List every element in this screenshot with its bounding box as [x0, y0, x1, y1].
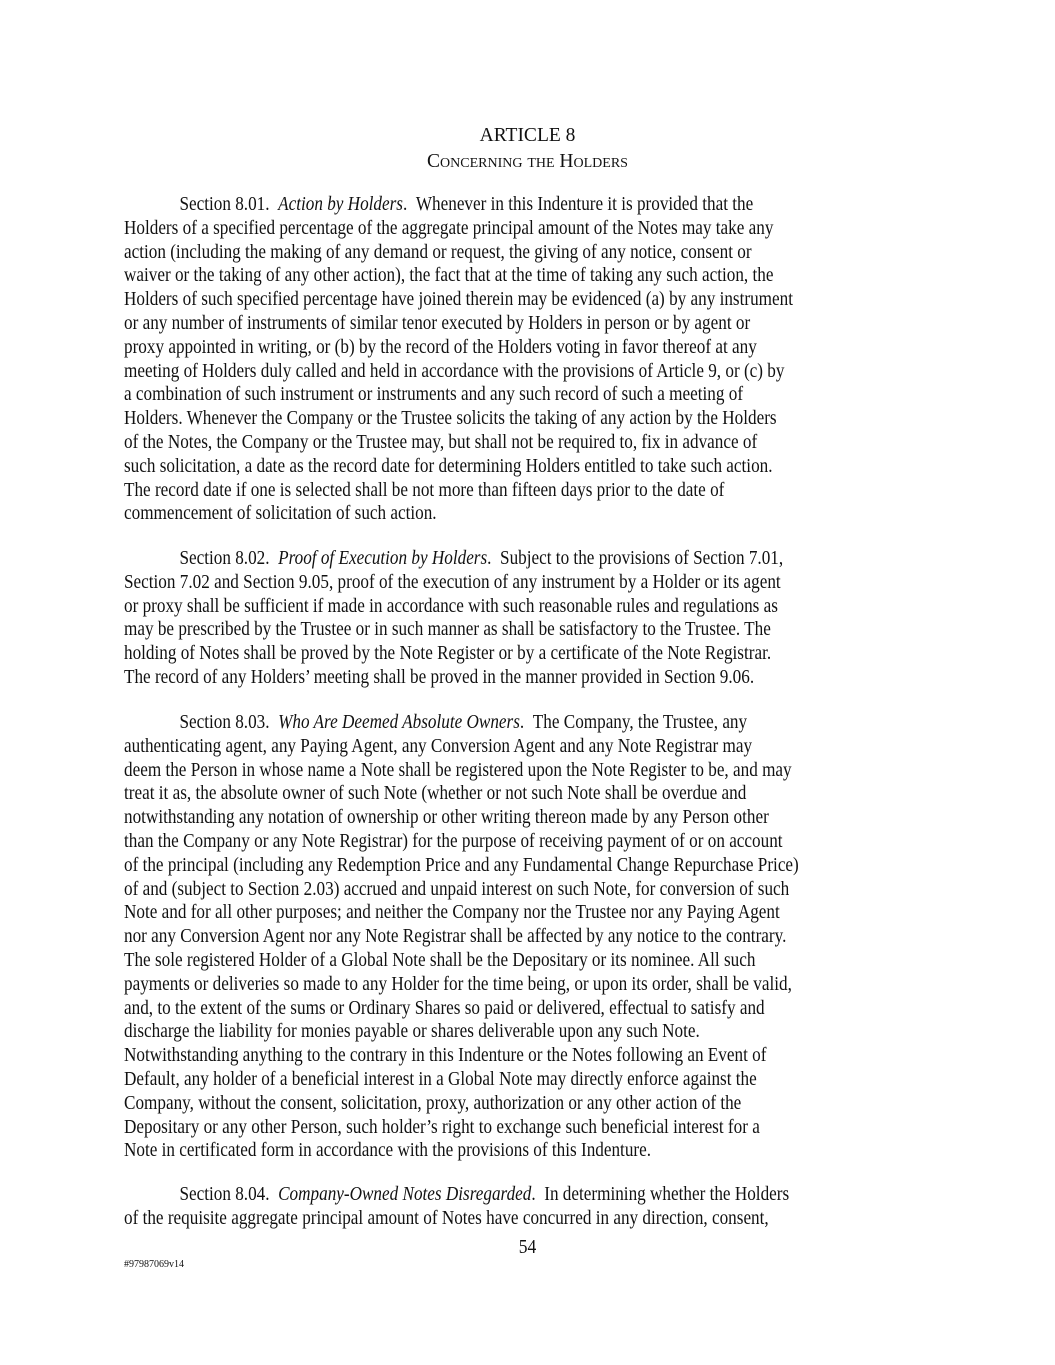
section-line: payments or deliveries so made to any Ho… — [124, 973, 854, 997]
section-text: The Company, the Trustee, any — [533, 712, 747, 733]
section-line: or proxy shall be sufficient if made in … — [124, 595, 854, 619]
section-line: Section 7.02 and Section 9.05, proof of … — [124, 571, 854, 595]
section-8-04: Section 8.04. Company-Owned Notes Disreg… — [124, 1183, 954, 1231]
section-line: Holders of a specified percentage of the… — [124, 217, 854, 241]
section-line: deem the Person in whose name a Note sha… — [124, 759, 854, 783]
section-first-line: Section 8.04. Company-Owned Notes Disreg… — [124, 1183, 854, 1207]
section-heading: Action by Holders — [278, 194, 403, 215]
section-line: of the Notes, the Company or the Trustee… — [124, 431, 854, 455]
section-line: waiver or the taking of any other action… — [124, 264, 854, 288]
document-id: #97987069v14 — [124, 1259, 184, 1271]
section-line: Holders. Whenever the Company or the Tru… — [124, 407, 854, 431]
section-8-03: Section 8.03. Who Are Deemed Absolute Ow… — [124, 711, 954, 1163]
section-line: Depositary or any other Person, such hol… — [124, 1116, 854, 1140]
section-line: meeting of Holders duly called and held … — [124, 360, 854, 384]
section-text: Subject to the provisions of Section 7.0… — [500, 548, 783, 569]
section-line: than the Company or any Note Registrar) … — [124, 830, 854, 854]
section-8-02: Section 8.02. Proof of Execution by Hold… — [124, 547, 954, 690]
section-line: of the requisite aggregate principal amo… — [124, 1207, 854, 1231]
section-text: Whenever in this Indenture it is provide… — [416, 194, 753, 215]
section-line: The record date if one is selected shall… — [124, 479, 854, 503]
section-line: such solicitation, a date as the record … — [124, 455, 854, 479]
section-line: Company, without the consent, solicitati… — [124, 1092, 854, 1116]
section-line: Default, any holder of a beneficial inte… — [124, 1068, 854, 1092]
section-line: Note and for all other purposes; and nei… — [124, 901, 854, 925]
section-line: discharge the liability for monies payab… — [124, 1020, 854, 1044]
section-line: treat it as, the absolute owner of such … — [124, 782, 854, 806]
page-number: 54 — [53, 1236, 1003, 1260]
section-line: action (including the making of any dema… — [124, 241, 854, 265]
section-line: Holders of such specified percentage hav… — [124, 288, 854, 312]
section-line: holding of Notes shall be proved by the … — [124, 642, 854, 666]
section-line: and, to the extent of the sums or Ordina… — [124, 997, 854, 1021]
section-line: notwithstanding any notation of ownershi… — [124, 806, 854, 830]
section-8-01: Section 8.01. Action by Holders. Wheneve… — [124, 193, 954, 526]
section-line: proxy appointed in writing, or (b) by th… — [124, 336, 854, 360]
section-line: The sole registered Holder of a Global N… — [124, 949, 854, 973]
section-number: Section 8.02. — [179, 548, 269, 569]
section-first-line: Section 8.03. Who Are Deemed Absolute Ow… — [124, 711, 854, 735]
section-text: In determining whether the Holders — [544, 1184, 789, 1205]
article-number: ARTICLE 8 — [0, 124, 1055, 148]
section-first-line: Section 8.02. Proof of Execution by Hold… — [124, 547, 854, 571]
section-number: Section 8.03. — [179, 712, 269, 733]
section-line: may be prescribed by the Trustee or in s… — [124, 618, 854, 642]
section-first-line: Section 8.01. Action by Holders. Wheneve… — [124, 193, 854, 217]
section-line: commencement of solicitation of such act… — [124, 502, 854, 526]
section-line: a combination of such instrument or inst… — [124, 383, 854, 407]
section-line: or any number of instruments of similar … — [124, 312, 854, 336]
section-line: Note in certificated form in accordance … — [124, 1139, 854, 1163]
section-line: authenticating agent, any Paying Agent, … — [124, 735, 854, 759]
section-line: nor any Conversion Agent nor any Note Re… — [124, 925, 854, 949]
section-heading: Who Are Deemed Absolute Owners — [278, 712, 520, 733]
section-heading: Company-Owned Notes Disregarded — [278, 1184, 531, 1205]
article-title: Concerning the Holders — [0, 150, 1055, 174]
section-line: of the principal (including any Redempti… — [124, 854, 854, 878]
section-line: The record of any Holders’ meeting shall… — [124, 666, 854, 690]
section-number: Section 8.01. — [179, 194, 269, 215]
section-line: Notwithstanding anything to the contrary… — [124, 1044, 854, 1068]
section-number: Section 8.04. — [179, 1184, 269, 1205]
section-heading: Proof of Execution by Holders — [278, 548, 487, 569]
section-line: of and (subject to Section 2.03) accrued… — [124, 878, 854, 902]
document-page: ARTICLE 8 Concerning the Holders Section… — [0, 0, 1055, 1365]
